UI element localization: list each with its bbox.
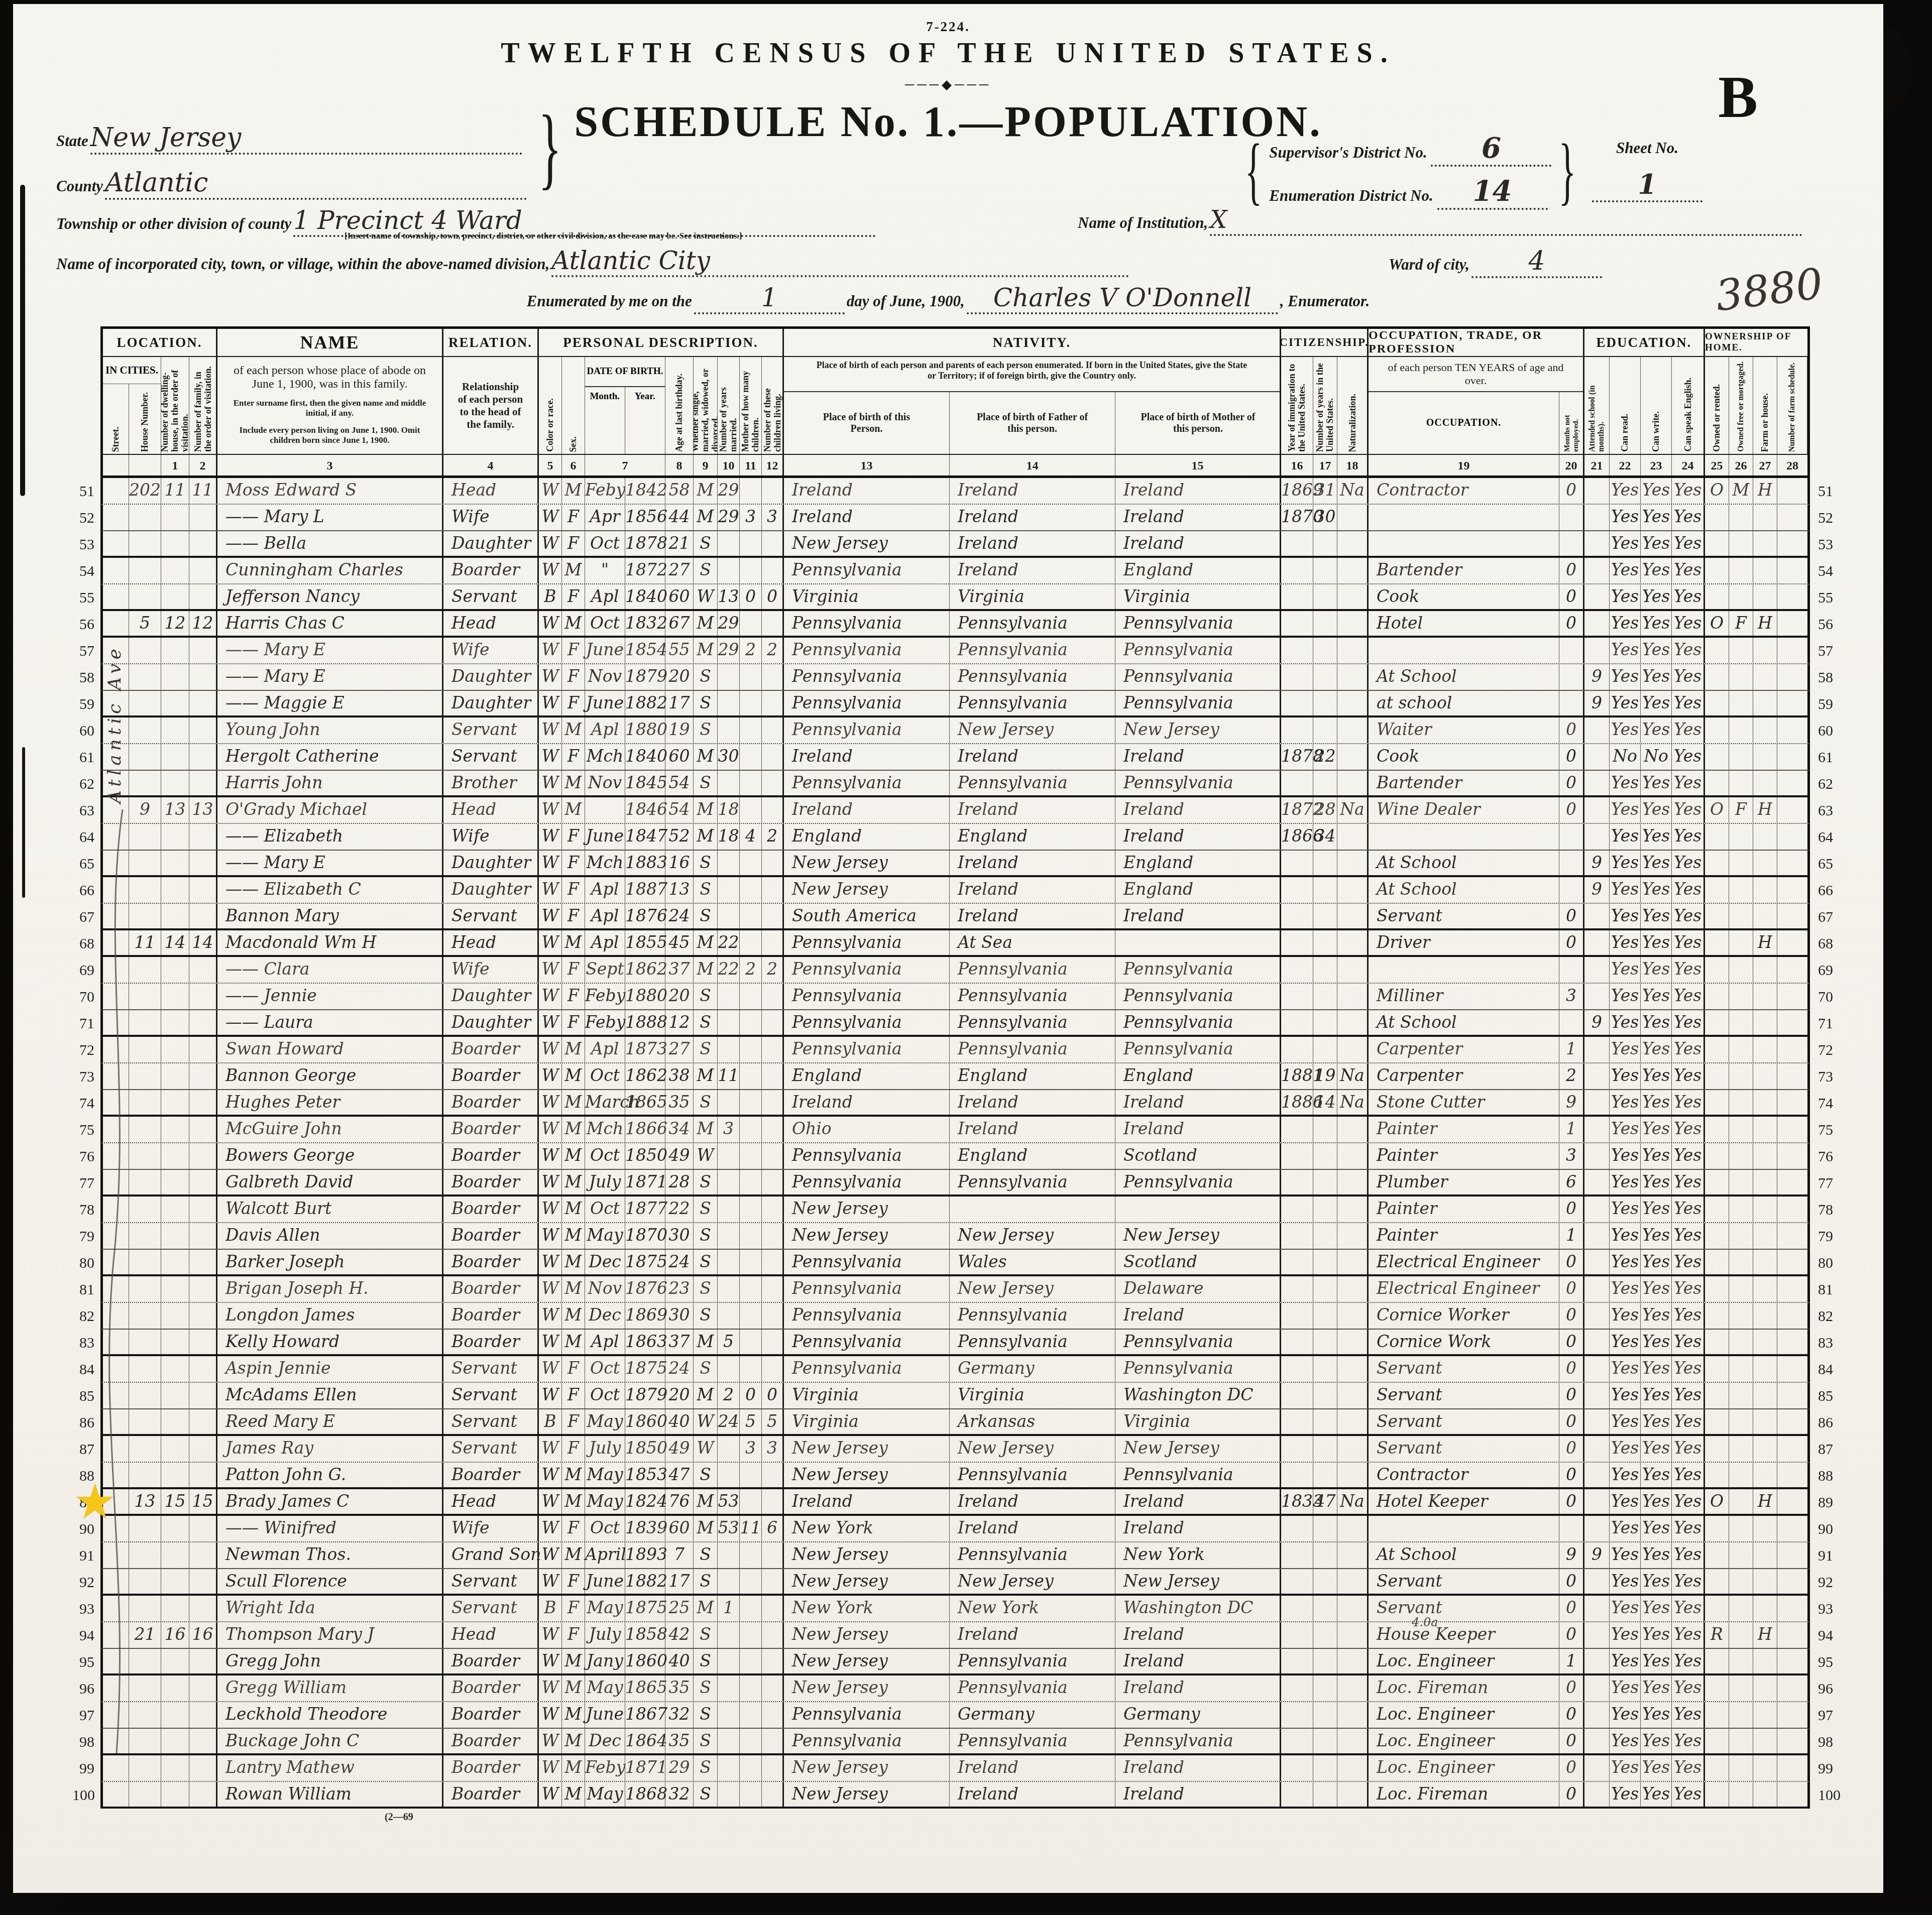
col-age: 25: [665, 1596, 694, 1621]
row-number-right: 70: [1810, 984, 1845, 1010]
col-children-living: [762, 1356, 784, 1382]
institution-line: Name of Institution, X: [1078, 206, 1802, 236]
col-color-race: W: [539, 1436, 562, 1462]
col-naturalization: [1337, 851, 1369, 875]
col-children-living: [762, 1170, 784, 1194]
col-can-speak-english: Yes: [1672, 611, 1705, 636]
col-years-married: [718, 1356, 740, 1382]
col-birth-month: Feby: [585, 478, 625, 504]
col-years-in-us: [1313, 558, 1337, 583]
col-immigration-year: [1281, 1596, 1313, 1621]
col-can-write: No: [1641, 744, 1672, 770]
col-marital-status: M: [694, 1596, 718, 1621]
col-children-living: 5: [762, 1409, 784, 1434]
col-can-write: Yes: [1641, 1223, 1672, 1249]
col-farm-schedule: [1777, 1622, 1807, 1648]
col-birthplace-mother: Pennsylvania: [1115, 638, 1281, 663]
col-birthplace-mother: [1115, 1196, 1281, 1222]
col-sex: M: [562, 1143, 585, 1169]
col-name: Galbreth David: [217, 1170, 443, 1194]
col-years-married: [718, 1303, 740, 1329]
col-birthplace-mother: Pennsylvania: [1115, 984, 1281, 1009]
col-house-number: [129, 1356, 161, 1382]
col-birthplace-person: Ireland: [784, 744, 950, 770]
col-children-living: [762, 1063, 784, 1089]
col-name: Reed Mary E: [217, 1409, 443, 1434]
col-birth-year: 1855: [625, 930, 665, 955]
col-free-mortgaged: [1729, 1330, 1753, 1354]
row-number-left: 97: [72, 1702, 100, 1729]
col-can-read: Yes: [1610, 1196, 1641, 1222]
col-can-write: Yes: [1641, 531, 1672, 556]
col-number: 28: [1777, 455, 1807, 475]
col-can-write: Yes: [1641, 1330, 1672, 1354]
col-years-in-us: [1313, 1037, 1337, 1062]
col-birthplace-father: Ireland: [950, 1090, 1115, 1115]
col-free-mortgaged: [1729, 930, 1753, 955]
col-birthplace-father: Ireland: [950, 1782, 1115, 1807]
col-color-race: W: [539, 1569, 562, 1594]
col-naturalization: [1337, 1675, 1369, 1701]
col-free-mortgaged: [1729, 1649, 1753, 1673]
col-dwelling-number: [161, 1596, 189, 1621]
col-family-number: [189, 531, 217, 556]
table-row: ★ 59 —— Maggie E Daughter W F June 1882 …: [72, 691, 1845, 717]
col-marital-status: W: [694, 1143, 718, 1169]
col-farm-schedule: [1777, 1755, 1807, 1781]
row-number-left: 85: [72, 1383, 100, 1409]
col-children-living: [762, 1463, 784, 1487]
col-can-write: Yes: [1641, 1303, 1672, 1329]
col-attended-school: [1584, 1409, 1610, 1434]
col-birth-year: 1839: [625, 1516, 665, 1541]
col-months-unemployed: [1559, 1010, 1584, 1035]
col-birth-year: 1882: [625, 691, 665, 715]
col-occupation: Milliner: [1369, 984, 1559, 1009]
col-children-living: [762, 1489, 784, 1514]
group-ownership-title: OWNERSHIP OF HOME.: [1705, 329, 1807, 357]
col-marital-status: W: [694, 1409, 718, 1434]
col-name: Walcott Burt: [217, 1196, 443, 1222]
col-name: Longdon James: [217, 1303, 443, 1329]
col-can-speak-english: Yes: [1672, 664, 1705, 690]
col-immigration-year: [1281, 1569, 1313, 1594]
col-occupation: Loc. Engineer: [1369, 1755, 1559, 1781]
col-dwelling-number: [161, 1729, 189, 1753]
col-years-in-us: [1313, 1675, 1337, 1701]
col-color-race: W: [539, 1383, 562, 1408]
col-years-married: 11: [718, 1063, 740, 1089]
col-house-number: 11: [129, 930, 161, 955]
col-birth-month: Apl: [585, 904, 625, 928]
col-age: 13: [665, 877, 694, 903]
col-birthplace-person: Ireland: [784, 505, 950, 530]
col-dwelling-number: [161, 984, 189, 1009]
col-free-mortgaged: [1729, 1010, 1753, 1035]
col-children-living: [762, 1542, 784, 1568]
col-years-married: 29: [718, 478, 740, 504]
col-farm-house: [1753, 1063, 1777, 1089]
col-months-unemployed: [1559, 505, 1584, 530]
col-family-number: [189, 1436, 217, 1462]
col-birthplace-person: Pennsylvania: [784, 957, 950, 983]
col-marital-status: S: [694, 664, 718, 690]
col-farm-house: [1753, 1702, 1777, 1728]
col-years-in-us: [1313, 1170, 1337, 1194]
col-farm-schedule: [1777, 664, 1807, 690]
col-dwelling-number: [161, 1463, 189, 1487]
col-birthplace-father: England: [950, 824, 1115, 850]
col-marital-status: S: [694, 1090, 718, 1115]
col-house-number: [129, 1782, 161, 1807]
col-mother-of-children: [740, 1675, 762, 1701]
col-owned-rented: O: [1705, 611, 1729, 636]
col-can-speak-english: Yes: [1672, 1596, 1705, 1621]
col-owned-rented: [1705, 1755, 1729, 1781]
col-name: Davis Allen: [217, 1223, 443, 1249]
col-sex: M: [562, 1782, 585, 1807]
col-color-race: W: [539, 851, 562, 875]
col-birthplace-father: Ireland: [950, 904, 1115, 928]
col-age: 27: [665, 558, 694, 583]
col-number: 3: [217, 455, 443, 475]
col-years-in-us: 22: [1313, 744, 1337, 770]
col-birthplace-person: New York: [784, 1516, 950, 1541]
col-farm-schedule: [1777, 957, 1807, 983]
col-dwelling-number: 12: [161, 611, 189, 636]
col-birthplace-father: New Jersey: [950, 1276, 1115, 1302]
col-dwelling-number: [161, 771, 189, 795]
col-header-owned-rented: Owned or rented.: [1705, 357, 1729, 454]
col-marital-status: S: [694, 691, 718, 715]
col-free-mortgaged: [1729, 984, 1753, 1009]
col-children-living: [762, 1090, 784, 1115]
col-years-in-us: 14: [1313, 1090, 1337, 1115]
enumeration-value: 14: [1473, 175, 1512, 208]
col-number: 18: [1337, 455, 1369, 475]
col-can-write: Yes: [1641, 1729, 1672, 1753]
group-name: NAME of each person whose place of abode…: [217, 329, 443, 454]
row-number-right: 60: [1810, 717, 1845, 744]
col-mother-of-children: [740, 558, 762, 583]
col-dwelling-number: [161, 1143, 189, 1169]
col-naturalization: [1337, 1463, 1369, 1487]
col-years-married: [718, 1729, 740, 1753]
col-house-number: [129, 1063, 161, 1089]
col-occupation: [1369, 1516, 1559, 1541]
col-years-married: [718, 691, 740, 715]
col-mother-of-children: [740, 1063, 762, 1089]
col-birth-month: May: [585, 1409, 625, 1434]
col-header-years-married: Number of years married.: [718, 357, 740, 454]
county-value: Atlantic: [105, 168, 208, 198]
col-mother-of-children: [740, 771, 762, 795]
row-number-left: 74: [72, 1090, 100, 1117]
col-naturalization: [1337, 664, 1369, 690]
col-immigration-year: [1281, 771, 1313, 795]
col-sex: M: [562, 1196, 585, 1222]
col-birth-year: 1824: [625, 1489, 665, 1514]
col-years-in-us: [1313, 1702, 1337, 1728]
col-occupation: Stone Cutter: [1369, 1090, 1559, 1115]
row-number-right: 68: [1810, 930, 1845, 957]
col-name: Gregg William: [217, 1675, 443, 1701]
col-children-living: [762, 1037, 784, 1062]
col-farm-house: [1753, 1516, 1777, 1541]
group-name-title: NAME: [217, 329, 442, 357]
col-birth-month: [585, 797, 625, 823]
col-immigration-year: [1281, 1196, 1313, 1222]
col-birthplace-father: Ireland: [950, 744, 1115, 770]
row-number-right: 94: [1810, 1622, 1845, 1649]
col-birthplace-father: Ireland: [950, 478, 1115, 504]
col-number: 6: [562, 455, 585, 475]
col-can-speak-english: Yes: [1672, 505, 1705, 530]
col-owned-rented: [1705, 1330, 1729, 1354]
table-row: ★ 57 —— Mary E Wife W F June 1854 55 M 2…: [72, 638, 1845, 664]
col-can-read: Yes: [1610, 771, 1641, 795]
col-months-unemployed: 0: [1559, 1436, 1584, 1462]
col-age: 49: [665, 1436, 694, 1462]
col-marital-status: M: [694, 638, 718, 663]
col-birthplace-father: New York: [950, 1596, 1115, 1621]
col-birth-year: 1876: [625, 904, 665, 928]
division-label: Township or other division of county: [56, 215, 291, 232]
col-farm-schedule: [1777, 638, 1807, 663]
col-owned-rented: O: [1705, 478, 1729, 504]
col-immigration-year: [1281, 1436, 1313, 1462]
col-naturalization: [1337, 1143, 1369, 1169]
col-years-in-us: [1313, 1622, 1337, 1648]
table-row: ★ 92 Scull Florence Servant W F June 188…: [72, 1569, 1845, 1596]
col-number: 2: [189, 455, 217, 475]
in-cities-label: IN CITIES.: [103, 357, 161, 384]
col-sex: F: [562, 1516, 585, 1541]
col-years-in-us: [1313, 611, 1337, 636]
col-color-race: W: [539, 824, 562, 850]
col-owned-rented: [1705, 1250, 1729, 1274]
col-name: Hergolt Catherine: [217, 744, 443, 770]
col-relation: Boarder: [443, 1675, 539, 1701]
col-free-mortgaged: [1729, 957, 1753, 983]
col-birth-month: Dec: [585, 1729, 625, 1753]
col-sex: M: [562, 1223, 585, 1249]
col-birthplace-person: New Jersey: [784, 1622, 950, 1648]
col-children-living: [762, 904, 784, 928]
col-birth-month: June: [585, 638, 625, 663]
row-number-right: 98: [1810, 1729, 1845, 1755]
table-row: ★ 98 Buckage John C Boarder W M Dec 1864…: [72, 1729, 1845, 1755]
col-years-married: 30: [718, 744, 740, 770]
table-row: ★ 88 Patton John G. Boarder W M May 1853…: [72, 1463, 1845, 1489]
col-free-mortgaged: [1729, 1356, 1753, 1382]
col-occupation: Servant: [1369, 904, 1559, 928]
col-birthplace-mother: Ireland: [1115, 1303, 1281, 1329]
row-number-left: 93: [72, 1596, 100, 1622]
col-birthplace-person: Pennsylvania: [784, 1303, 950, 1329]
col-attended-school: [1584, 771, 1610, 795]
col-can-read: Yes: [1610, 1117, 1641, 1142]
col-birth-month: April: [585, 1542, 625, 1568]
col-age: 24: [665, 1250, 694, 1274]
col-can-read: Yes: [1610, 1409, 1641, 1434]
col-occupation: Wine Dealer: [1369, 797, 1559, 823]
col-farm-schedule: [1777, 1409, 1807, 1434]
col-color-race: W: [539, 1143, 562, 1169]
col-can-speak-english: Yes: [1672, 1542, 1705, 1568]
col-age: 45: [665, 930, 694, 955]
row-number-right: 97: [1810, 1702, 1845, 1729]
col-marital-status: S: [694, 1569, 718, 1594]
col-children-living: [762, 1117, 784, 1142]
col-mother-of-children: [740, 1223, 762, 1249]
col-farm-house: [1753, 717, 1777, 743]
enumerator-name: Charles V O'Donnell: [993, 283, 1252, 312]
scan-black-band: [1883, 0, 1932, 1900]
col-name: —— Mary E: [217, 638, 443, 663]
col-occupation: At School: [1369, 664, 1559, 690]
col-attended-school: [1584, 1675, 1610, 1701]
col-color-race: W: [539, 1330, 562, 1354]
col-family-number: 11: [189, 478, 217, 504]
col-months-unemployed: 0: [1559, 478, 1584, 504]
col-birth-year: 1869: [625, 1303, 665, 1329]
col-relation: Boarder: [443, 1196, 539, 1222]
col-birthplace-person: New Jersey: [784, 1782, 950, 1807]
row-number-right: 63: [1810, 797, 1845, 824]
col-relation: Head: [443, 478, 539, 504]
col-header-can-read: Can read.: [1610, 357, 1641, 454]
group-location: LOCATION. IN CITIES. Street. House Numbe…: [103, 329, 217, 454]
group-occupation-title: OCCUPATION, TRADE, OR PROFESSION: [1369, 329, 1583, 357]
col-mother-of-children: [740, 1276, 762, 1302]
col-color-race: W: [539, 1755, 562, 1781]
col-owned-rented: [1705, 1383, 1729, 1408]
col-can-write: Yes: [1641, 478, 1672, 504]
col-relation: Boarder: [443, 1729, 539, 1753]
group-relation: RELATION. Relationship of each person to…: [443, 329, 539, 454]
row-number-left: 59: [72, 691, 100, 717]
col-birthplace-person: New Jersey: [784, 1463, 950, 1487]
col-farm-house: [1753, 851, 1777, 875]
col-can-read: Yes: [1610, 1729, 1641, 1753]
col-birth-month: Apl: [585, 930, 625, 955]
col-naturalization: [1337, 1569, 1369, 1594]
col-immigration-year: [1281, 1516, 1313, 1541]
col-farm-schedule: [1777, 717, 1807, 743]
col-can-read: Yes: [1610, 1010, 1641, 1035]
col-marital-status: S: [694, 904, 718, 928]
col-farm-house: [1753, 691, 1777, 715]
col-farm-schedule: [1777, 904, 1807, 928]
col-can-speak-english: Yes: [1672, 744, 1705, 770]
col-years-married: [718, 1569, 740, 1594]
group-personal-title: PERSONAL DESCRIPTION.: [539, 329, 782, 357]
col-immigration-year: [1281, 531, 1313, 556]
col-number: 25: [1705, 455, 1729, 475]
col-farm-house: [1753, 1330, 1777, 1354]
col-sex: M: [562, 1463, 585, 1487]
col-birthplace-person: New Jersey: [784, 1223, 950, 1249]
col-immigration-year: [1281, 584, 1313, 609]
col-farm-house: [1753, 558, 1777, 583]
col-free-mortgaged: [1729, 1436, 1753, 1462]
col-name: —— Elizabeth C: [217, 877, 443, 903]
col-years-married: 24: [718, 1409, 740, 1434]
table-row: ★ 73 Bannon George Boarder W M Oct 1862 …: [72, 1063, 1845, 1090]
col-name: Barker Joseph: [217, 1250, 443, 1274]
table-row: ★ 76 Bowers George Boarder W M Oct 1850 …: [72, 1143, 1845, 1170]
col-years-married: [718, 531, 740, 556]
col-birth-year: 1866: [625, 1117, 665, 1142]
col-birth-year: 1879: [625, 1383, 665, 1408]
col-birthplace-person: England: [784, 1063, 950, 1089]
row-number-left: 69: [72, 957, 100, 984]
col-can-write: Yes: [1641, 1276, 1672, 1302]
col-house-number: [129, 584, 161, 609]
col-years-married: [718, 1622, 740, 1648]
col-family-number: [189, 1729, 217, 1753]
col-immigration-year: [1281, 904, 1313, 928]
col-children-living: 2: [762, 824, 784, 850]
col-birth-month: May: [585, 1596, 625, 1621]
col-color-race: W: [539, 1489, 562, 1514]
col-color-race: W: [539, 1702, 562, 1728]
col-age: 32: [665, 1702, 694, 1728]
col-marital-status: W: [694, 584, 718, 609]
row-number-right: 69: [1810, 957, 1845, 984]
col-age: 29: [665, 1755, 694, 1781]
col-occupation: Servant: [1369, 1356, 1559, 1382]
col-farm-schedule: [1777, 1569, 1807, 1594]
col-family-number: [189, 1303, 217, 1329]
col-can-speak-english: Yes: [1672, 1303, 1705, 1329]
col-birthplace-person: Pennsylvania: [784, 984, 950, 1009]
table-row: ★ 77 Galbreth David Boarder W M July 187…: [72, 1170, 1845, 1196]
row-number-right: 51: [1810, 478, 1845, 505]
col-can-speak-english: Yes: [1672, 1649, 1705, 1673]
ornament-divider: ───◆───: [13, 77, 1883, 92]
col-birth-month: Apl: [585, 717, 625, 743]
col-birth-month: Oct: [585, 1383, 625, 1408]
col-header-dwelling: Number of dwelling-house, in the order o…: [161, 357, 189, 454]
col-years-in-us: 28: [1313, 797, 1337, 823]
col-farm-house: [1753, 505, 1777, 530]
col-number: 16: [1281, 455, 1313, 475]
col-birthplace-person: New York: [784, 1596, 950, 1621]
col-relation: Boarder: [443, 1649, 539, 1673]
col-can-read: Yes: [1610, 1755, 1641, 1781]
col-marital-status: S: [694, 1729, 718, 1753]
col-can-read: Yes: [1610, 1702, 1641, 1728]
col-name: Young John: [217, 717, 443, 743]
col-birthplace-person: Virginia: [784, 1383, 950, 1408]
col-naturalization: [1337, 611, 1369, 636]
col-family-number: [189, 1330, 217, 1354]
col-age: 7: [665, 1542, 694, 1568]
col-owned-rented: [1705, 957, 1729, 983]
col-house-number: 202: [129, 478, 161, 504]
row-number-left: 75: [72, 1117, 100, 1143]
row-number-right: 59: [1810, 691, 1845, 717]
row-number-left: 92: [72, 1569, 100, 1596]
col-name: Patton John G.: [217, 1463, 443, 1487]
col-dwelling-number: [161, 1675, 189, 1701]
row-number-right: 80: [1810, 1250, 1845, 1276]
col-farm-schedule: [1777, 478, 1807, 504]
col-farm-schedule: [1777, 1276, 1807, 1302]
col-relation: Wife: [443, 638, 539, 663]
